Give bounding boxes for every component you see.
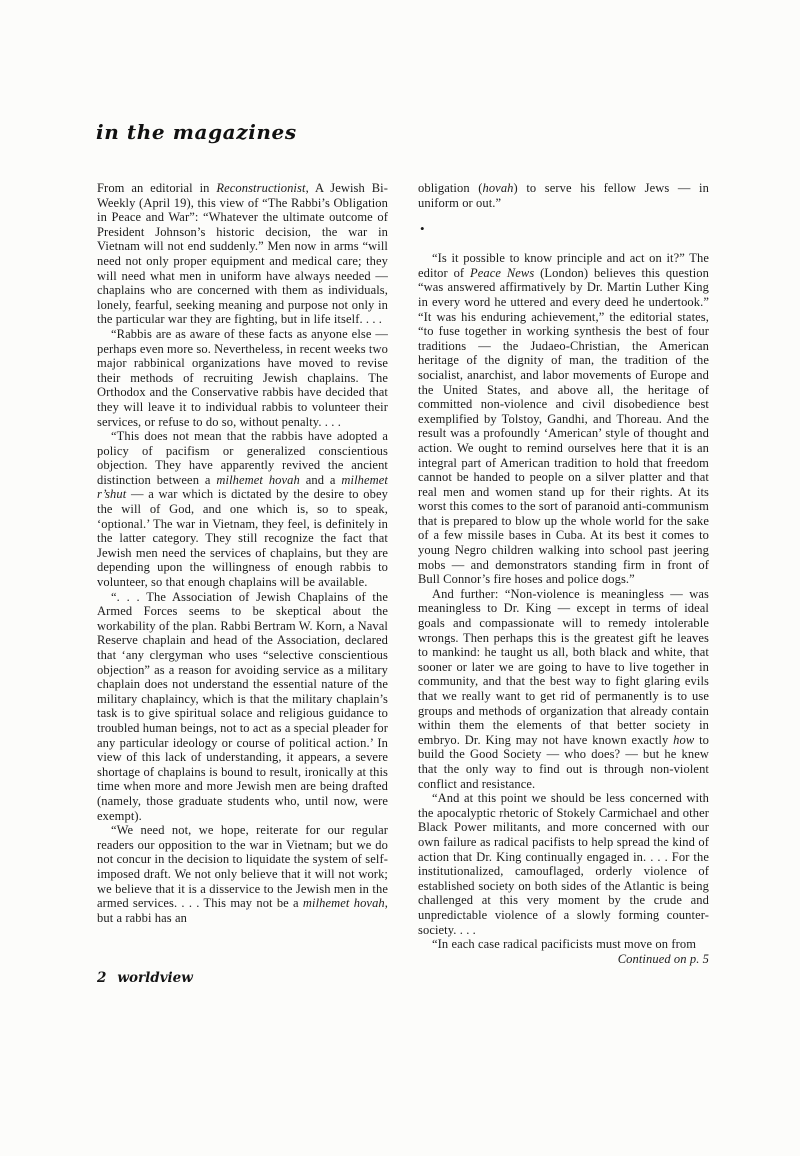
page-footer: 2worldview	[97, 970, 193, 986]
right-column: obligation (hovah) to serve his fellow J…	[418, 181, 709, 966]
paragraph: From an editorial in Reconstructionist, …	[97, 181, 388, 327]
paragraph: obligation (hovah) to serve his fellow J…	[418, 181, 709, 210]
paragraph: “Rabbis are as aware of these facts as a…	[97, 327, 388, 429]
paragraph: And further: “Non-violence is meaningles…	[418, 587, 709, 791]
paragraph: “In each case radical pacificists must m…	[418, 937, 709, 952]
continued-notice: Continued on p. 5	[418, 952, 709, 967]
left-column: From an editorial in Reconstructionist, …	[97, 181, 388, 966]
paragraph: “. . . The Association of Jewish Chaplai…	[97, 590, 388, 824]
paragraph: “This does not mean that the rabbis have…	[97, 429, 388, 590]
page-title: in the magazines	[96, 120, 297, 144]
paragraph: “And at this point we should be less con…	[418, 791, 709, 937]
section-separator-bullet: •	[420, 222, 709, 235]
paragraph: “Is it possible to know principle and ac…	[418, 251, 709, 587]
magazine-page: in the magazines From an editorial in Re…	[0, 0, 800, 1156]
article-body: From an editorial in Reconstructionist, …	[97, 181, 710, 966]
paragraph: “We need not, we hope, reiterate for our…	[97, 823, 388, 925]
magazine-title: worldview	[117, 970, 193, 986]
page-number: 2	[97, 970, 106, 986]
